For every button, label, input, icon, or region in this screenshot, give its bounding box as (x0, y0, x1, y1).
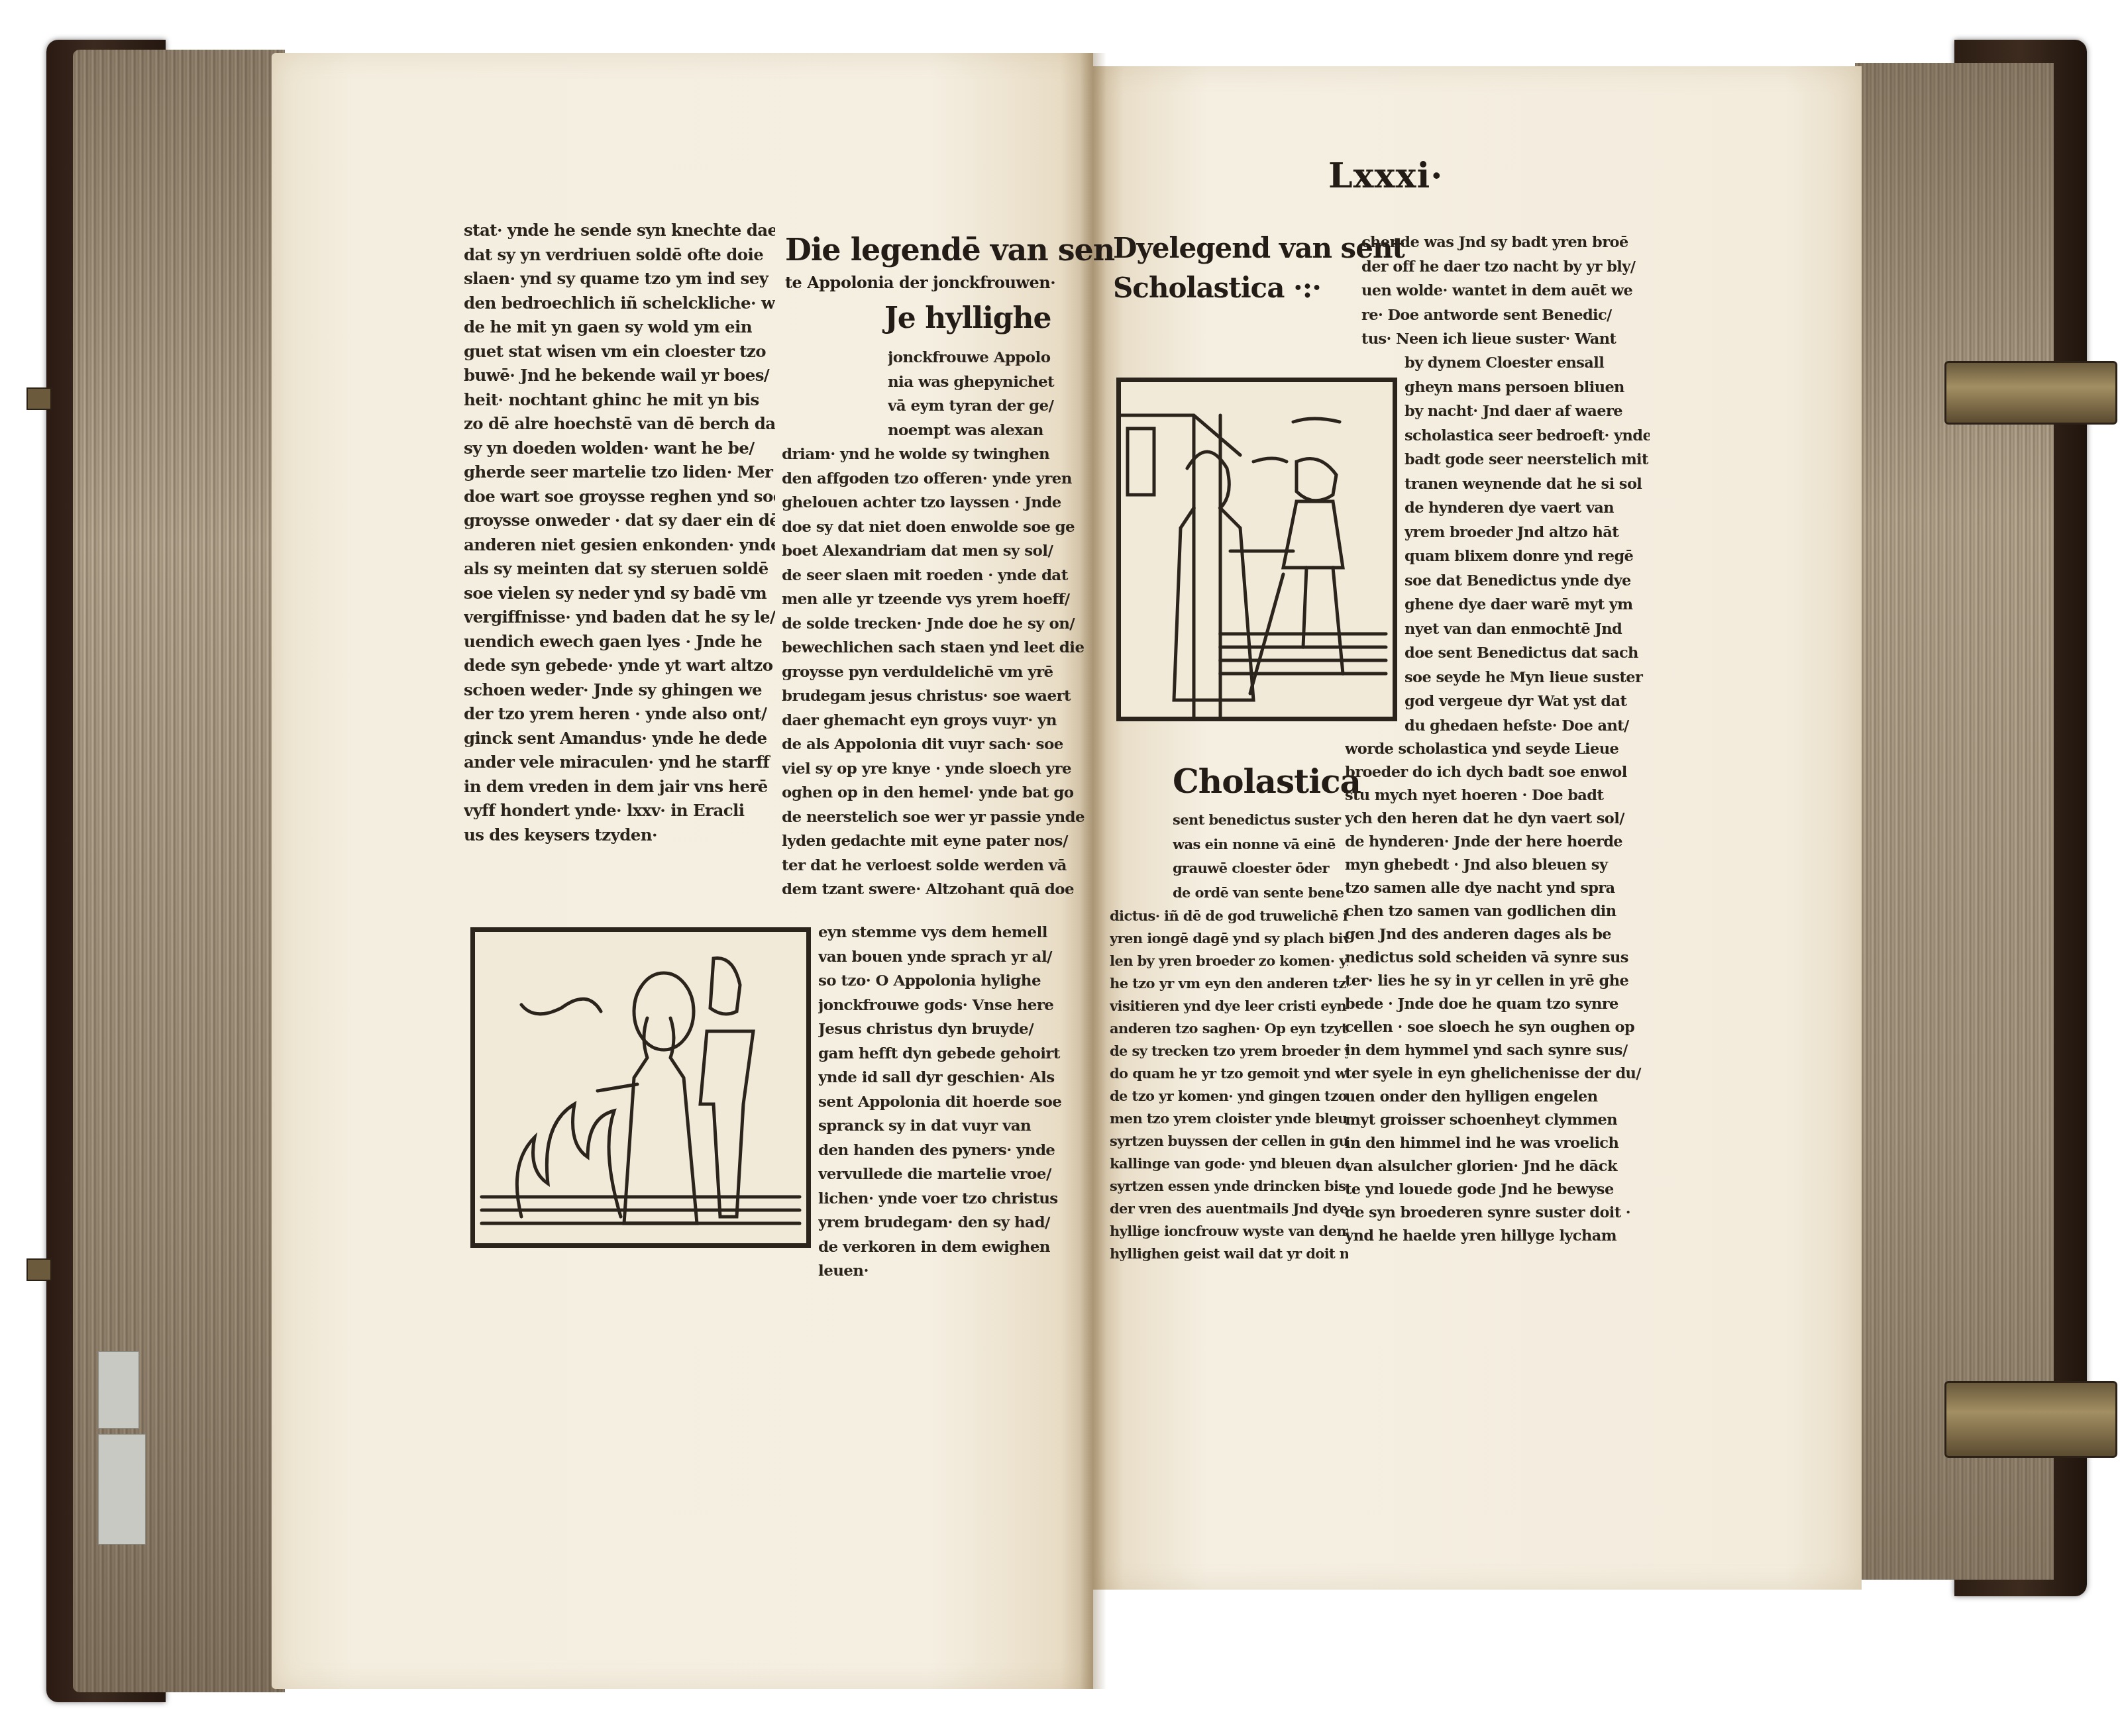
text-line: schoen weder· Jnde sy ghingen we (464, 678, 775, 703)
text-line: dictus· iñ dē de god truwelichē in (1110, 905, 1348, 927)
text-line: der vren des auentmails Jnd dye (1110, 1198, 1348, 1220)
left-page-column-2-after-woodcut: eyn stemme vys dem hemell van bouen ynde… (818, 921, 1096, 1284)
text-line: van alsulcher glorien· Jnd he dāck (1345, 1155, 1643, 1178)
text-line: der off he daer tzo nacht by yr bly/ (1361, 255, 1646, 280)
text-line: zo dē alre hoechstē van dē berch daer (464, 412, 775, 436)
text-line: stat· ynde he sende syn knechte daer (464, 219, 775, 243)
text-line: de seer slaen mit roeden · ynde dat (782, 564, 1093, 588)
text-line: jonckfrouwe gods· Vnse here (818, 994, 1096, 1018)
text-line: als sy meinten dat sy steruen soldē (464, 557, 775, 582)
text-line: buwē· Jnd he bekende wail yr boes/ (464, 364, 775, 388)
text-line: tzo samen alle dye nacht ynd spra (1345, 877, 1643, 900)
text-line: uendich ewech gaen lyes · Jnde he (464, 630, 775, 654)
right-page-column-2-indented: by dynem Cloester ensall gheyn mans pers… (1404, 351, 1650, 738)
text-line: lichen· ynde voer tzo christus (818, 1187, 1096, 1211)
right-page-column-2: worde scholastica ynd seyde Lieue broede… (1345, 738, 1643, 1248)
text-line: den affgoden tzo offeren· ynde yren (782, 467, 1093, 491)
text-line: Jesus christus dyn bruyde/ (818, 1017, 1096, 1042)
text-line: ghene dye daer warē myt ym (1404, 593, 1650, 617)
text-line: doe wart soe groysse reghen ynd soe (464, 485, 775, 509)
left-page-column-2: driam· ynd he wolde sy twinghen den affg… (782, 442, 1093, 902)
text-line: de als Appolonia dit vuyr sach· soe (782, 733, 1093, 757)
text-line: cellen · soe sloech he syn oughen op (1345, 1016, 1643, 1039)
text-line: gherde seer martelie tzo liden· Mer (464, 460, 775, 485)
text-line: men tzo yrem cloister ynde bleuen (1110, 1107, 1348, 1130)
text-line: sent Appolonia dit hoerde soe (818, 1090, 1096, 1115)
text-line: yrem broeder Jnd altzo hāt (1404, 521, 1650, 545)
text-line: uen onder den hylligen engelen (1345, 1086, 1643, 1109)
text-line: jonckfrouwe Appolo (888, 346, 1100, 370)
brass-clasp-lower (1944, 1381, 2117, 1458)
legend-title-apollonia: Die legendē van sen (785, 232, 1114, 268)
text-line: tranen weynende dat he si sol (1404, 472, 1650, 497)
text-line: worde scholastica ynd seyde Lieue (1345, 738, 1643, 761)
text-line: by dynem Cloester ensall (1404, 351, 1650, 376)
text-line: anderen niet gesien enkonden· ynde (464, 533, 775, 558)
text-line: soe vielen sy neder ynd sy badē vm (464, 582, 775, 606)
text-line: den handen des pyners· ynde (818, 1139, 1096, 1163)
text-line: gen Jnd des anderen dages als be (1345, 923, 1643, 946)
text-line: len by yren broeder zo komen· ynd (1110, 950, 1348, 972)
text-line: vā eym tyran der ge/ (888, 394, 1100, 419)
text-line: driam· ynd he wolde sy twinghen (782, 442, 1093, 467)
text-line: ghelouen achter tzo layssen · Jnde (782, 491, 1093, 515)
text-line: groysse onweder · dat sy daer ein dē (464, 509, 775, 533)
legend-title-scholastica: Dyelegend van sent (1113, 232, 1404, 264)
text-line: badt gode seer neerstelich mit (1404, 448, 1650, 472)
text-line: doe sy dat niet doen enwolde soe ge (782, 515, 1093, 540)
text-line: anderen tzo saghen· Op eyn tzyt sol (1110, 1017, 1348, 1040)
text-line: yrem brudegam· den sy had/ (818, 1211, 1096, 1235)
left-clasp-pin-lower (26, 1258, 52, 1281)
text-line: sy yn doeden wolden· want he be/ (464, 436, 775, 461)
text-line: vervullede die martelie vroe/ (818, 1162, 1096, 1187)
text-line: leuen· (818, 1259, 1096, 1284)
text-line: ter dat he verloest solde werden vā (782, 854, 1093, 878)
legend-subtitle-scholastica: Scholastica ·:· (1113, 272, 1321, 304)
text-line: myn ghebedt · Jnd also bleuen sy (1345, 854, 1643, 877)
text-line: guet stat wisen vm ein cloester tzo (464, 340, 775, 364)
text-line: ynd he haelde yren hillyge lycham (1345, 1225, 1643, 1248)
left-clasp-pin-upper (26, 387, 52, 410)
text-line: nyet van dan enmochtē Jnd (1404, 617, 1650, 642)
text-line: chen tzo samen van godlichen din (1345, 900, 1643, 923)
text-line: spranck sy in dat vuyr van (818, 1114, 1096, 1139)
text-line: kallinge van gode· ynd bleuen daer (1110, 1152, 1348, 1175)
left-page-column-2-indented: jonckfrouwe Appolo nia was ghepynichet v… (888, 346, 1100, 442)
text-line: was ein nonne vā einē (1173, 833, 1351, 857)
text-line: syrtzen buyssen der cellen in gueder (1110, 1130, 1348, 1152)
text-line: du ghedaen hefste· Doe ant/ (1404, 714, 1650, 739)
right-page-column-1: dictus· iñ dē de god truwelichē in yren … (1110, 905, 1348, 1265)
text-line: god vergeue dyr Wat yst dat (1404, 689, 1650, 714)
text-line: ter· lies he sy in yr cellen in yrē ghe (1345, 970, 1643, 993)
woodcut-saint-apollonia (470, 927, 811, 1248)
text-line: de neerstelich soe wer yr passie ynde (782, 805, 1093, 830)
text-line: daer ghemacht eyn groys vuyr· yn (782, 709, 1093, 733)
text-line: uen wolde· wantet in dem auēt we (1361, 279, 1646, 303)
text-line: de hynderen· Jnde der here hoerde (1345, 831, 1643, 854)
text-line: by nacht· Jnd daer af waere (1404, 399, 1650, 424)
text-line: brudegam jesus christus· soe waert (782, 684, 1093, 709)
text-line: de solde trecken· Jnde doe he sy on/ (782, 612, 1093, 637)
text-line: bewechlichen sach staen ynd leet die (782, 636, 1093, 660)
text-line: he tzo yr vm eyn den anderen tzo (1110, 972, 1348, 995)
text-line: ych den heren dat he dyn vaert sol/ (1345, 807, 1643, 831)
library-tab-upper (98, 1351, 139, 1429)
text-line: chende was Jnd sy badt yren broē (1361, 230, 1646, 255)
text-line: de hynderen dye vaert van (1404, 496, 1650, 521)
folio-number: Lxxxi· (1328, 156, 1443, 196)
text-line: ginck sent Amandus· ynde he dede (464, 727, 775, 751)
text-line: oghen op in den hemel· ynde bat go (782, 781, 1093, 805)
text-line: us des keysers tzyden· (464, 823, 775, 848)
text-line: so tzo· O Appolonia hylighe (818, 969, 1096, 994)
text-line: de verkoren in dem ewighen (818, 1235, 1096, 1260)
text-line: eyn stemme vys dem hemell (818, 921, 1096, 945)
right-page-stack-edge (1855, 63, 2054, 1580)
text-line: dat sy yn verdriuen soldē ofte doie (464, 243, 775, 268)
text-line: ander vele miraculen· ynd he starff (464, 750, 775, 775)
text-line: quam blixem donre ynd regē (1404, 544, 1650, 569)
text-line: nia was ghepynichet (888, 370, 1100, 395)
apollonia-fire-illustration-icon (475, 932, 806, 1243)
text-line: slaen· ynd sy quame tzo ym ind sey (464, 267, 775, 291)
text-line: vergiffnisse· ynd baden dat he sy le/ (464, 605, 775, 630)
text-line: myt groisser schoenheyt clymmen (1345, 1109, 1643, 1132)
text-line: sent benedictus suster (1173, 808, 1351, 833)
text-line: soe dat Benedictus ynde dye (1404, 569, 1650, 593)
text-line: in dem vreden in dem jair vns herē (464, 775, 775, 799)
text-line: do quam he yr tzo gemoit ynd wol (1110, 1062, 1348, 1085)
text-line: te ynd louede gode Jnd he bewyse (1345, 1178, 1643, 1201)
text-line: de tzo yr komen· ynd gingen tzo sa/ (1110, 1085, 1348, 1107)
text-line: grauwē cloester ōder (1173, 856, 1351, 881)
text-line: hyllighen geist wail dat yr doit na (1110, 1243, 1348, 1265)
legend-subtitle-apollonia: te Appolonia der jonckfrouwen· (785, 273, 1055, 292)
text-line: soe seyde he Myn lieue suster (1404, 666, 1650, 690)
brass-clasp-upper (1944, 361, 2117, 425)
text-line: dede syn gebede· ynde yt wart altzo (464, 654, 775, 678)
text-line: ter syele in eyn ghelichenisse der du/ (1345, 1062, 1643, 1086)
text-line: de he mit yn gaen sy wold ym ein (464, 315, 775, 340)
right-page-column-1-indented: sent benedictus suster was ein nonne vā … (1173, 808, 1351, 905)
text-line: lyden gedachte mit eyne pater nos/ (782, 829, 1093, 854)
woodcut-saint-scholastica (1116, 378, 1397, 721)
right-page-column-2-top: chende was Jnd sy badt yren broē der off… (1361, 230, 1646, 352)
text-line: de sy trecken tzo yrem broeder ynde (1110, 1040, 1348, 1062)
open-book: stat· ynde he sende syn knechte daer dat… (0, 0, 2120, 1736)
text-line: scholastica seer bedroeft· ynde (1404, 424, 1650, 448)
initial-heading-je-hyllighe: Je hyllighe (884, 301, 1051, 335)
text-line: bede · Jnde doe he quam tzo synre (1345, 993, 1643, 1016)
text-line: in den himmel ind he was vroelich (1345, 1132, 1643, 1155)
text-line: in dem hymmel ynd sach synre sus/ (1345, 1039, 1643, 1062)
text-line: viel sy op yre knye · ynde sloech yre (782, 757, 1093, 782)
text-line: ynde id sall dyr geschien· Als (818, 1066, 1096, 1090)
text-line: gheyn mans persoen bliuen (1404, 376, 1650, 400)
text-line: men alle yr tzeende vys yrem hoeff/ (782, 587, 1093, 612)
text-line: re· Doe antworde sent Benedic/ (1361, 303, 1646, 328)
text-line: den bedroechlich iñ schelckliche· wol (464, 291, 775, 316)
text-line: hyllige ioncfrouw wyste van dem (1110, 1220, 1348, 1243)
text-line: stu mych nyet hoeren · Doe badt (1345, 784, 1643, 807)
library-tab-lower (98, 1434, 146, 1545)
text-line: tus· Neen ich lieue suster· Want (1361, 327, 1646, 352)
text-line: der tzo yrem heren · ynde also ont/ (464, 702, 775, 727)
text-line: boet Alexandriam dat men sy sol/ (782, 539, 1093, 564)
text-line: heit· nochtant ghinc he mit yn bis (464, 388, 775, 413)
text-line: nedictus sold scheiden vā synre sus (1345, 946, 1643, 970)
initial-heading-cholastica: Cholastica (1173, 762, 1361, 801)
text-line: van bouen ynde sprach yr al/ (818, 945, 1096, 970)
text-line: gam hefft dyn gebede gehoirt (818, 1042, 1096, 1066)
text-line: visitieren ynd dye leer cristi eyn dē (1110, 995, 1348, 1017)
text-line: de ordē van sente bene (1173, 881, 1351, 905)
text-line: groysse pyn verduldelichē vm yrē (782, 660, 1093, 685)
text-line: de syn broederen synre suster doit · (1345, 1201, 1643, 1225)
scholastica-handclasp-illustration-icon (1121, 382, 1393, 717)
text-line: doe sent Benedictus dat sach (1404, 641, 1650, 666)
text-line: noempt was alexan (888, 419, 1100, 443)
text-line: dem tzant swere· Altzohant quā doe (782, 878, 1093, 902)
text-line: broeder do ich dych badt soe enwol (1345, 761, 1643, 784)
text-line: vyff hondert ynde· lxxv· in Eracli (464, 799, 775, 823)
text-line: yren iongē dagē ynd sy plach biwy (1110, 927, 1348, 950)
left-page-column-1: stat· ynde he sende syn knechte daer dat… (464, 219, 775, 847)
text-line: syrtzen essen ynde drincken bis tzo (1110, 1175, 1348, 1198)
